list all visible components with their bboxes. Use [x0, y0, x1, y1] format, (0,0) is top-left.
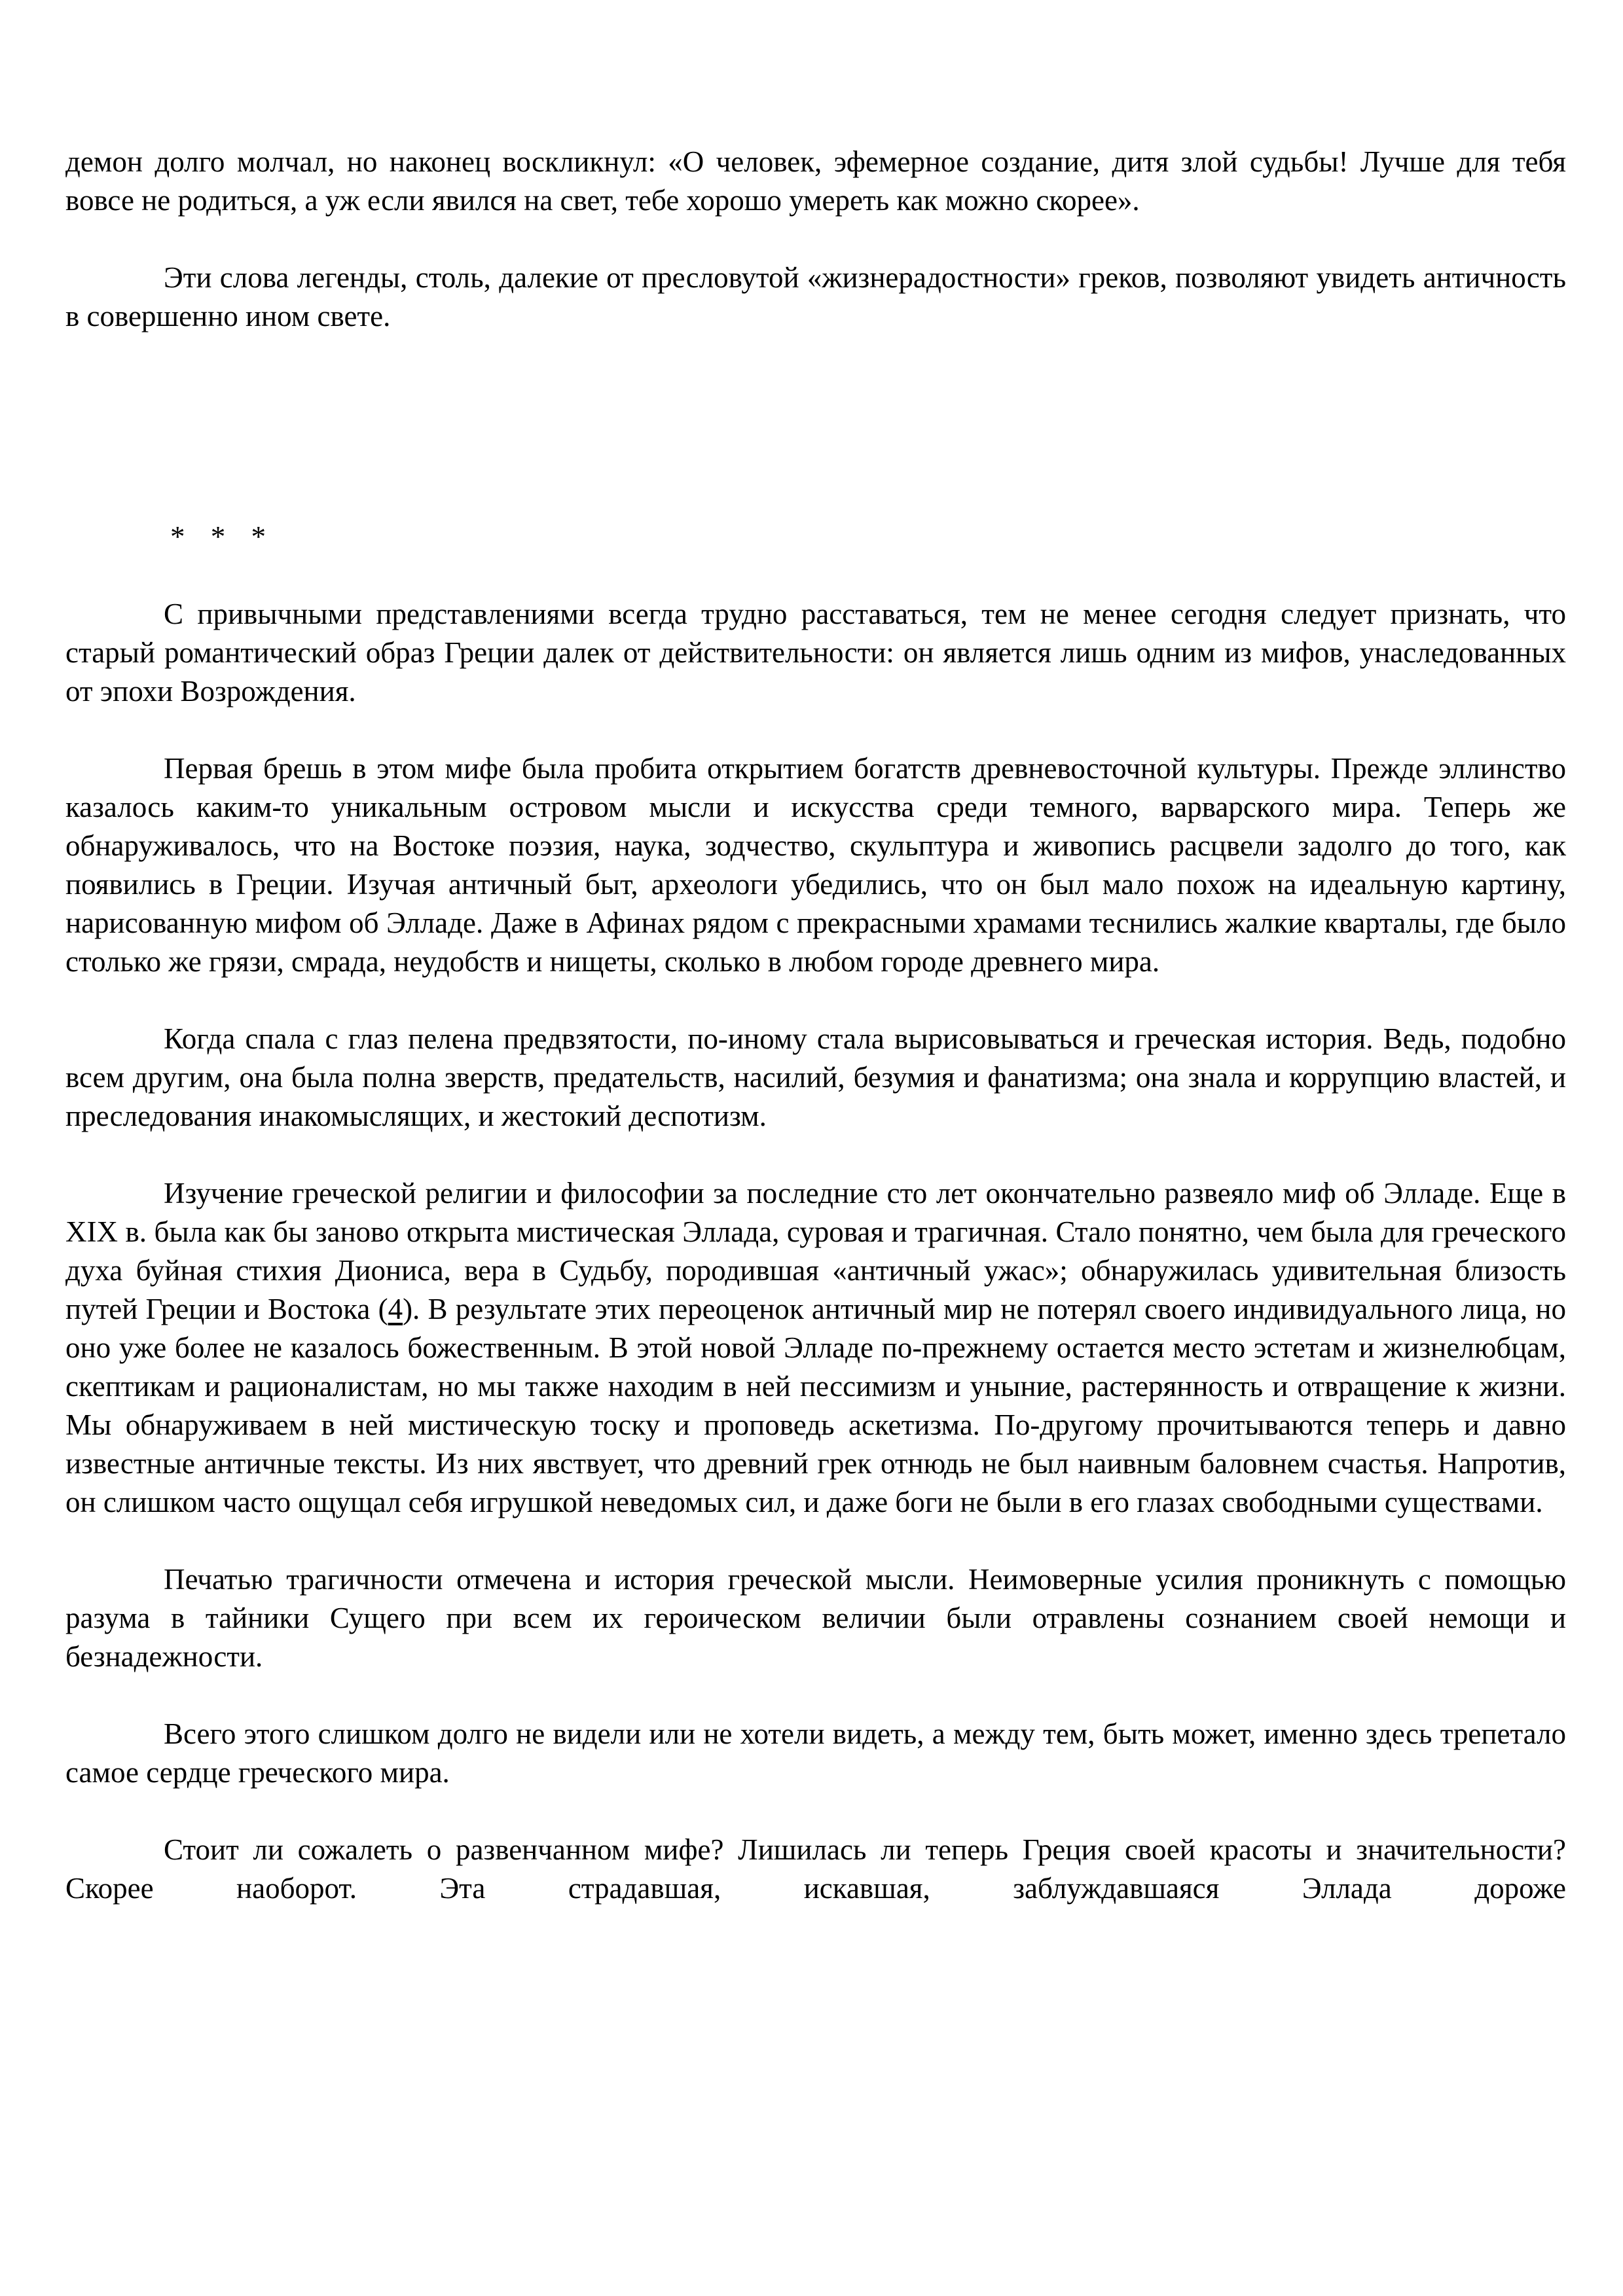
paragraph: Стоит ли сожалеть о развенчанном мифе? Л… [65, 1831, 1566, 1908]
paragraph: Всего этого слишком долго не видели или … [65, 1715, 1566, 1792]
paragraph: С привычными представлениями всегда труд… [65, 595, 1566, 711]
paragraph: Эти слова легенды, столь, далекие от пре… [65, 259, 1566, 336]
paragraph: Первая брешь в этом мифе была пробита от… [65, 749, 1566, 981]
paragraph-with-footnote-ref: Изучение греческой религии и философии з… [65, 1174, 1566, 1522]
section-separator: * * * [65, 518, 1566, 556]
paragraph: Когда спала с глаз пелена предвзятости, … [65, 1020, 1566, 1136]
paragraph-continuation: демон долго молчал, но наконец воскликну… [65, 143, 1566, 220]
document-page: демон долго молчал, но наконец воскликну… [0, 0, 1623, 2296]
footnote-ref[interactable]: 4 [388, 1293, 403, 1325]
paragraph: Печатью трагичности отмечена и история г… [65, 1560, 1566, 1676]
text-block: демон долго молчал, но наконец воскликну… [65, 143, 1566, 1946]
paragraph-text: ). В результате этих переоценок античный… [65, 1293, 1566, 1518]
